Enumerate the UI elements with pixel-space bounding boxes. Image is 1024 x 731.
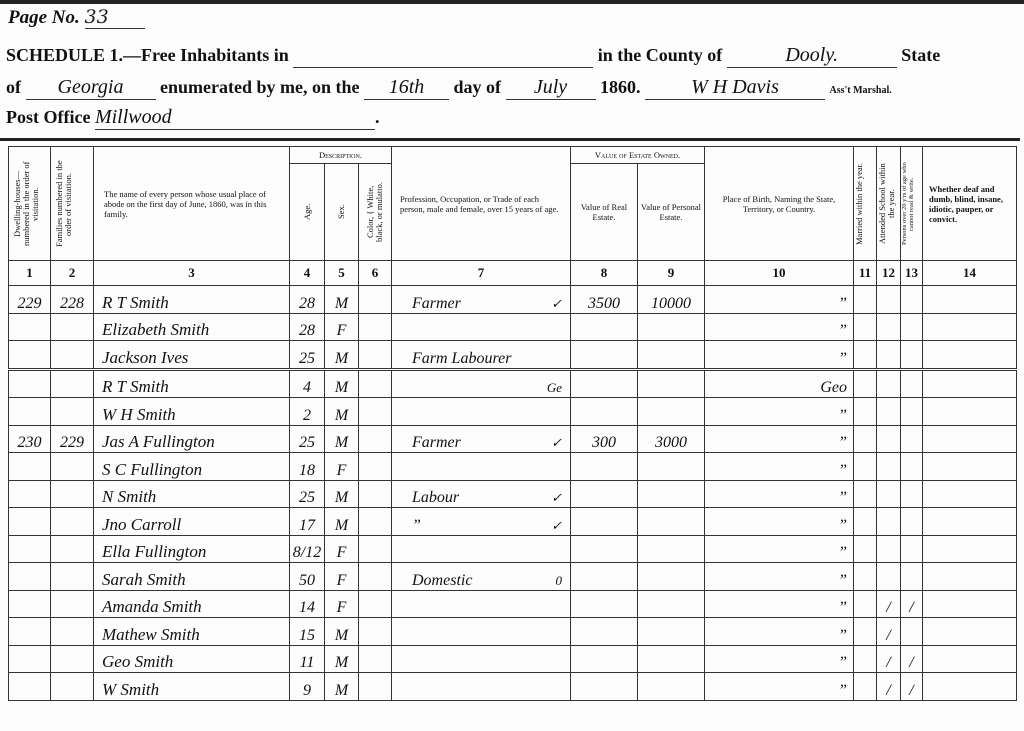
page-label: Page No.	[8, 7, 80, 28]
school-flag	[877, 341, 901, 370]
school-flag: /	[877, 673, 901, 701]
of-label: of	[6, 77, 21, 97]
table-row: Elizabeth Smith 28 F ”	[9, 313, 1017, 341]
personal-estate-value	[638, 398, 705, 426]
illiterate-flag	[901, 480, 923, 508]
dwelling-number	[9, 341, 51, 370]
condition-notes	[923, 369, 1017, 398]
person-occupation	[392, 535, 571, 563]
family-number	[51, 341, 94, 370]
table-row: S C Fullington 18 F ”	[9, 453, 1017, 481]
family-number	[51, 480, 94, 508]
illiterate-flag: /	[901, 645, 923, 673]
personal-estate-value	[638, 369, 705, 398]
person-color	[359, 313, 392, 341]
check-mark: ✓	[551, 518, 562, 534]
person-occupation	[392, 673, 571, 701]
person-age: 9	[290, 673, 325, 701]
real-estate-value	[571, 535, 638, 563]
occupation-text: Domestic	[412, 572, 472, 589]
school-flag	[877, 508, 901, 536]
family-number	[51, 618, 94, 646]
married-flag	[854, 369, 877, 398]
married-flag	[854, 535, 877, 563]
school-flag	[877, 453, 901, 481]
school-flag	[877, 425, 901, 453]
col-illiterate-header: Persons over 20 y'rs of age who cannot r…	[901, 147, 923, 261]
person-occupation: Ge	[392, 369, 571, 398]
person-name: Jackson Ives	[94, 341, 290, 370]
personal-estate-value	[638, 313, 705, 341]
personal-estate-value	[638, 618, 705, 646]
real-estate-value	[571, 673, 638, 701]
illiterate-flag	[901, 535, 923, 563]
person-color	[359, 398, 392, 426]
condition-notes	[923, 508, 1017, 536]
personal-estate-value	[638, 453, 705, 481]
illiterate-flag	[901, 563, 923, 591]
married-flag	[854, 341, 877, 370]
person-color	[359, 425, 392, 453]
person-sex: M	[325, 398, 359, 426]
personal-estate-value: 10000	[638, 286, 705, 314]
person-color	[359, 645, 392, 673]
table-row: N Smith 25 M Labour ✓ ”	[9, 480, 1017, 508]
illiterate-flag: /	[901, 673, 923, 701]
post-office-field: Millwood	[95, 106, 375, 130]
person-color	[359, 535, 392, 563]
person-sex: F	[325, 535, 359, 563]
married-flag	[854, 453, 877, 481]
column-header-row: Dwelling-houses—numbered in the order of…	[9, 147, 1017, 164]
personal-estate-value	[638, 535, 705, 563]
person-sex: M	[325, 645, 359, 673]
married-flag	[854, 618, 877, 646]
person-occupation: Farmer ✓	[392, 425, 571, 453]
person-occupation	[392, 398, 571, 426]
dwelling-number	[9, 508, 51, 536]
person-color	[359, 508, 392, 536]
personal-estate-value	[638, 508, 705, 536]
birthplace: ”	[705, 590, 854, 618]
col-number: 11	[854, 261, 877, 286]
page-number: 33	[85, 6, 145, 29]
check-mark: ✓	[551, 490, 562, 506]
person-sex: M	[325, 480, 359, 508]
col-number: 9	[638, 261, 705, 286]
illiterate-flag	[901, 313, 923, 341]
family-number	[51, 535, 94, 563]
illiterate-flag	[901, 398, 923, 426]
marshal-label: Ass't Marshal.	[830, 85, 892, 96]
occupation-text: Farmer	[412, 434, 461, 451]
personal-estate-value	[638, 480, 705, 508]
col-number: 4	[290, 261, 325, 286]
table-row: Mathew Smith 15 M ” /	[9, 618, 1017, 646]
dwelling-number	[9, 369, 51, 398]
school-flag: /	[877, 645, 901, 673]
person-sex: F	[325, 563, 359, 591]
col-real-estate-header: Value of Real Estate.	[571, 164, 638, 261]
day-of-label: day of	[453, 77, 501, 97]
person-age: 25	[290, 480, 325, 508]
table-row: 229 228 R T Smith 28 M Farmer ✓ 3500 100…	[9, 286, 1017, 314]
condition-notes	[923, 480, 1017, 508]
person-occupation: ” ✓	[392, 508, 571, 536]
person-color	[359, 563, 392, 591]
personal-estate-value	[638, 673, 705, 701]
year-label: 1860.	[600, 77, 641, 97]
census-table: Dwelling-houses—numbered in the order of…	[8, 146, 1017, 701]
post-office-line: Post Office Millwood.	[6, 106, 379, 130]
person-name: Mathew Smith	[94, 618, 290, 646]
person-sex: M	[325, 673, 359, 701]
table-row: R T Smith 4 M Ge Geo	[9, 369, 1017, 398]
col-sex-header: Sex.	[325, 164, 359, 261]
dwelling-number	[9, 618, 51, 646]
person-sex: M	[325, 508, 359, 536]
personal-estate-value: 3000	[638, 425, 705, 453]
state-label: State	[901, 45, 940, 65]
person-age: 14	[290, 590, 325, 618]
dwelling-number	[9, 313, 51, 341]
person-color	[359, 286, 392, 314]
school-flag	[877, 369, 901, 398]
person-sex: M	[325, 369, 359, 398]
married-flag	[854, 425, 877, 453]
school-flag: /	[877, 590, 901, 618]
person-age: 15	[290, 618, 325, 646]
person-age: 28	[290, 286, 325, 314]
col-name-header: The name of every person whose usual pla…	[94, 147, 290, 261]
person-name: R T Smith	[94, 286, 290, 314]
person-age: 18	[290, 453, 325, 481]
birthplace: ”	[705, 563, 854, 591]
col-number: 10	[705, 261, 854, 286]
person-age: 17	[290, 508, 325, 536]
col-age-header: Age.	[290, 164, 325, 261]
illiterate-flag: /	[901, 590, 923, 618]
person-age: 2	[290, 398, 325, 426]
married-flag	[854, 508, 877, 536]
person-age: 11	[290, 645, 325, 673]
table-row: Amanda Smith 14 F ” / /	[9, 590, 1017, 618]
dwelling-number	[9, 673, 51, 701]
married-flag	[854, 480, 877, 508]
person-age: 25	[290, 341, 325, 370]
family-number	[51, 508, 94, 536]
illiterate-flag	[901, 453, 923, 481]
personal-estate-value	[638, 590, 705, 618]
estate-group-header: Value of Estate Owned.	[571, 147, 705, 164]
family-number	[51, 398, 94, 426]
marshal-field: W H Davis	[645, 76, 825, 100]
condition-notes	[923, 398, 1017, 426]
person-color	[359, 369, 392, 398]
col-number: 1	[9, 261, 51, 286]
real-estate-value	[571, 480, 638, 508]
person-age: 28	[290, 313, 325, 341]
condition-notes	[923, 535, 1017, 563]
person-name: Amanda Smith	[94, 590, 290, 618]
person-sex: F	[325, 313, 359, 341]
family-number	[51, 590, 94, 618]
col-occupation-header: Profession, Occupation, or Trade of each…	[392, 147, 571, 261]
personal-estate-value	[638, 645, 705, 673]
birthplace: ”	[705, 398, 854, 426]
col-number: 8	[571, 261, 638, 286]
birthplace: ”	[705, 453, 854, 481]
birthplace: ”	[705, 618, 854, 646]
table-row: Sarah Smith 50 F Domestic 0 ”	[9, 563, 1017, 591]
person-color	[359, 590, 392, 618]
person-color	[359, 618, 392, 646]
family-number: 229	[51, 425, 94, 453]
condition-notes	[923, 563, 1017, 591]
birthplace: ”	[705, 508, 854, 536]
illiterate-flag	[901, 425, 923, 453]
col-number: 14	[923, 261, 1017, 286]
dwelling-number	[9, 535, 51, 563]
dwelling-number	[9, 590, 51, 618]
table-row: W H Smith 2 M ”	[9, 398, 1017, 426]
check-mark: ✓	[551, 435, 562, 451]
person-name: Jno Carroll	[94, 508, 290, 536]
married-flag	[854, 313, 877, 341]
table-row: Jno Carroll 17 M ” ✓ ”	[9, 508, 1017, 536]
condition-notes	[923, 313, 1017, 341]
table-row: Ella Fullington 8/12 F ”	[9, 535, 1017, 563]
family-number: 228	[51, 286, 94, 314]
illiterate-flag	[901, 369, 923, 398]
month-field: July	[506, 76, 596, 100]
school-flag	[877, 313, 901, 341]
dwelling-number	[9, 480, 51, 508]
married-flag	[854, 590, 877, 618]
person-occupation: Farm Labourer	[392, 341, 571, 370]
person-color	[359, 341, 392, 370]
condition-notes	[923, 341, 1017, 370]
occupation-text: Labour	[412, 489, 459, 506]
condition-notes	[923, 673, 1017, 701]
family-number	[51, 313, 94, 341]
married-flag	[854, 398, 877, 426]
person-name: N Smith	[94, 480, 290, 508]
condition-notes	[923, 286, 1017, 314]
person-name: Ella Fullington	[94, 535, 290, 563]
birthplace: ”	[705, 425, 854, 453]
schedule-line: SCHEDULE 1.—Free Inhabitants in in the C…	[6, 44, 940, 68]
real-estate-value	[571, 453, 638, 481]
real-estate-value	[571, 563, 638, 591]
person-occupation: Farmer ✓	[392, 286, 571, 314]
enumerated-label: enumerated by me, on the	[160, 77, 359, 97]
illiterate-flag	[901, 618, 923, 646]
col-number: 12	[877, 261, 901, 286]
person-sex: M	[325, 618, 359, 646]
person-sex: M	[325, 341, 359, 370]
real-estate-value	[571, 341, 638, 370]
condition-notes	[923, 425, 1017, 453]
col-number: 3	[94, 261, 290, 286]
school-flag	[877, 286, 901, 314]
enumeration-line: of Georgia enumerated by me, on the 16th…	[6, 76, 892, 100]
col-color-header: Color, { White, black, or mulatto.	[359, 164, 392, 261]
table-row: 230 229 Jas A Fullington 25 M Farmer ✓ 3…	[9, 425, 1017, 453]
header-divider	[0, 138, 1020, 141]
real-estate-value	[571, 618, 638, 646]
person-name: W H Smith	[94, 398, 290, 426]
page-number-label: Page No. 33	[8, 6, 145, 29]
table-row: Geo Smith 11 M ” / /	[9, 645, 1017, 673]
birthplace: Geo	[705, 369, 854, 398]
dwelling-number: 229	[9, 286, 51, 314]
birthplace: ”	[705, 645, 854, 673]
column-number-row: 1 2 3 4 5 6 7 8 9 10 11 12 13 14	[9, 261, 1017, 286]
real-estate-value	[571, 313, 638, 341]
condition-notes	[923, 590, 1017, 618]
county-field: Dooly.	[727, 44, 897, 68]
person-sex: F	[325, 453, 359, 481]
check-mark: 0	[556, 573, 563, 589]
person-age: 50	[290, 563, 325, 591]
col-number: 7	[392, 261, 571, 286]
illiterate-flag	[901, 508, 923, 536]
person-name: Sarah Smith	[94, 563, 290, 591]
township-field	[293, 44, 593, 68]
dwelling-number	[9, 645, 51, 673]
census-rows: 229 228 R T Smith 28 M Farmer ✓ 3500 100…	[9, 286, 1017, 701]
top-border	[0, 0, 1024, 4]
person-occupation	[392, 590, 571, 618]
family-number	[51, 453, 94, 481]
condition-notes	[923, 618, 1017, 646]
school-flag	[877, 563, 901, 591]
birthplace: ”	[705, 286, 854, 314]
person-name: S C Fullington	[94, 453, 290, 481]
person-occupation: Labour ✓	[392, 480, 571, 508]
table-row: W Smith 9 M ” / /	[9, 673, 1017, 701]
person-name: Elizabeth Smith	[94, 313, 290, 341]
condition-notes	[923, 645, 1017, 673]
illiterate-flag	[901, 286, 923, 314]
person-color	[359, 453, 392, 481]
col-birthplace-header: Place of Birth, Naming the State, Territ…	[705, 147, 854, 261]
person-name: Jas A Fullington	[94, 425, 290, 453]
dwelling-number: 230	[9, 425, 51, 453]
col-personal-estate-header: Value of Personal Estate.	[638, 164, 705, 261]
col-family-header: Families numbered in the order of visita…	[51, 147, 94, 261]
county-label: in the County of	[598, 45, 723, 65]
check-mark: Ge	[547, 380, 562, 396]
post-office-label: Post Office	[6, 107, 90, 127]
person-age: 8/12	[290, 535, 325, 563]
person-name: Geo Smith	[94, 645, 290, 673]
person-occupation	[392, 453, 571, 481]
occupation-text: Farmer	[412, 295, 461, 312]
dwelling-number	[9, 453, 51, 481]
person-age: 25	[290, 425, 325, 453]
person-occupation	[392, 645, 571, 673]
col-number: 13	[901, 261, 923, 286]
school-flag	[877, 398, 901, 426]
table-row: Jackson Ives 25 M Farm Labourer ”	[9, 341, 1017, 370]
married-flag	[854, 286, 877, 314]
occupation-text: Farm Labourer	[412, 350, 511, 367]
col-dwelling-header: Dwelling-houses—numbered in the order of…	[9, 147, 51, 261]
personal-estate-value	[638, 341, 705, 370]
married-flag	[854, 645, 877, 673]
person-age: 4	[290, 369, 325, 398]
real-estate-value	[571, 645, 638, 673]
person-occupation: Domestic 0	[392, 563, 571, 591]
schedule-title: SCHEDULE 1.—Free Inhabitants in	[6, 45, 289, 65]
family-number	[51, 673, 94, 701]
col-condition-header: Whether deaf and dumb, blind, insane, id…	[923, 147, 1017, 261]
person-sex: M	[325, 425, 359, 453]
married-flag	[854, 563, 877, 591]
real-estate-value: 3500	[571, 286, 638, 314]
illiterate-flag	[901, 341, 923, 370]
person-name: W Smith	[94, 673, 290, 701]
real-estate-value	[571, 398, 638, 426]
check-mark: ✓	[551, 296, 562, 312]
real-estate-value: 300	[571, 425, 638, 453]
person-occupation	[392, 313, 571, 341]
married-flag	[854, 673, 877, 701]
col-married-header: Married within the year.	[854, 147, 877, 261]
person-color	[359, 673, 392, 701]
real-estate-value	[571, 369, 638, 398]
family-number	[51, 563, 94, 591]
col-number: 5	[325, 261, 359, 286]
personal-estate-value	[638, 563, 705, 591]
person-color	[359, 480, 392, 508]
family-number	[51, 369, 94, 398]
real-estate-value	[571, 508, 638, 536]
person-name: R T Smith	[94, 369, 290, 398]
col-number: 2	[51, 261, 94, 286]
real-estate-value	[571, 590, 638, 618]
dwelling-number	[9, 563, 51, 591]
school-flag: /	[877, 618, 901, 646]
birthplace: ”	[705, 535, 854, 563]
person-sex: F	[325, 590, 359, 618]
birthplace: ”	[705, 480, 854, 508]
person-occupation	[392, 618, 571, 646]
col-number: 6	[359, 261, 392, 286]
day-field: 16th	[364, 76, 449, 100]
birthplace: ”	[705, 313, 854, 341]
condition-notes	[923, 453, 1017, 481]
col-school-header: Attended School within the year.	[877, 147, 901, 261]
school-flag	[877, 535, 901, 563]
birthplace: ”	[705, 673, 854, 701]
family-number	[51, 645, 94, 673]
state-field: Georgia	[26, 76, 156, 100]
school-flag	[877, 480, 901, 508]
birthplace: ”	[705, 341, 854, 370]
person-sex: M	[325, 286, 359, 314]
description-group-header: Description.	[290, 147, 392, 164]
occupation-text: ”	[412, 517, 421, 534]
dwelling-number	[9, 398, 51, 426]
